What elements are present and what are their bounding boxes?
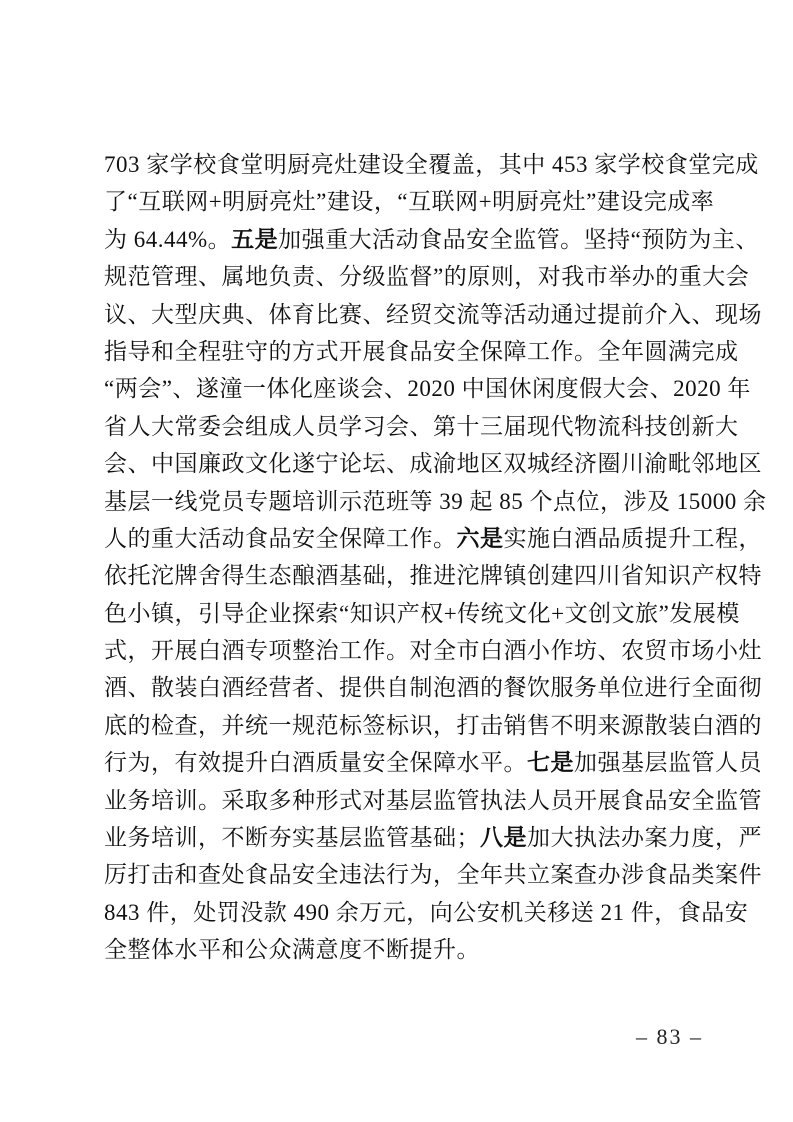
emphasis-run: 七是 — [527, 750, 574, 775]
text-run: 加大执法办案力度，严 — [527, 825, 762, 850]
text-run: 省人大常委会组成人员学习会、第十三届现代物流科技创新大 — [104, 414, 739, 439]
emphasis-run: 八是 — [480, 825, 527, 850]
text-run: 业务培训，不断夯实基层监管基础； — [104, 825, 480, 850]
paragraph-line: 业务培训，不断夯实基层监管基础；八是加大执法办案力度，严 — [104, 819, 703, 856]
paragraph-line: 省人大常委会组成人员学习会、第十三届现代物流科技创新大 — [104, 408, 703, 445]
page-number: – 83 – — [104, 1024, 703, 1050]
text-run: 业务培训。采取多种形式对基层监管执法人员开展食品安全监管 — [104, 788, 762, 813]
paragraph-line: 基层一线党员专题培训示范班等 39 起 85 个点位，涉及 15000 余 — [104, 483, 703, 520]
text-run: 全整体水平和公众满意度不断提升。 — [104, 937, 480, 962]
text-run: 了“互联网+明厨亮灶”建设，“互联网+明厨亮灶”建设完成率 — [104, 189, 714, 214]
paragraph-line: 酒、散装白酒经营者、提供自制泡酒的餐饮服务单位进行全面彻 — [104, 669, 703, 706]
paragraph-line: 议、大型庆典、体育比赛、经贸交流等活动通过提前介入、现场 — [104, 296, 703, 333]
text-run: 酒、散装白酒经营者、提供自制泡酒的餐饮服务单位进行全面彻 — [104, 675, 762, 700]
text-run: 行为，有效提升白酒质量安全保障水平。 — [104, 750, 527, 775]
paragraph-line: 人的重大活动食品安全保障工作。六是实施白酒品质提升工程， — [104, 520, 703, 557]
text-run: 843 件，处罚没款 490 余万元，向公安机关移送 21 件，食品安 — [104, 900, 748, 925]
text-run: 式，开展白酒专项整治工作。对全市白酒小作坊、农贸市场小灶 — [104, 638, 762, 663]
text-run: “两会”、遂潼一体化座谈会、2020 中国休闲度假大会、2020 年 — [104, 376, 751, 401]
paragraph-line: 色小镇，引导企业探索“知识产权+传统文化+文创文旅”发展模 — [104, 595, 703, 632]
paragraph-line: 底的检查，并统一规范标签标识，打击销售不明来源散装白酒的 — [104, 707, 703, 744]
paragraph-line: 为 64.44%。五是加强重大活动食品安全监管。坚持“预防为主、 — [104, 221, 703, 258]
text-run: 依托沱牌舍得生态酿酒基础，推进沱牌镇创建四川省知识产权特 — [104, 563, 762, 588]
paragraph-line: 厉打击和查处食品安全违法行为，全年共立案查办涉食品类案件 — [104, 856, 703, 893]
text-run: 加强基层监管人员 — [574, 750, 762, 775]
emphasis-run: 六是 — [457, 526, 504, 551]
paragraph-line: 指导和全程驻守的方式开展食品安全保障工作。全年圆满完成 — [104, 333, 703, 370]
text-run: 规范管理、属地负责、分级监督”的原则，对我市举办的重大会 — [104, 264, 749, 289]
text-run: 基层一线党员专题培训示范班等 39 起 85 个点位，涉及 15000 余 — [104, 489, 767, 514]
paragraph-line: 业务培训。采取多种形式对基层监管执法人员开展食品安全监管 — [104, 782, 703, 819]
body-text: 703 家学校食堂明厨亮灶建设全覆盖，其中 453 家学校食堂完成了“互联网+明… — [104, 146, 703, 969]
paragraph-line: 行为，有效提升白酒质量安全保障水平。七是加强基层监管人员 — [104, 744, 703, 781]
paragraph-line: 依托沱牌舍得生态酿酒基础，推进沱牌镇创建四川省知识产权特 — [104, 557, 703, 594]
paragraph-line: 式，开展白酒专项整治工作。对全市白酒小作坊、农贸市场小灶 — [104, 632, 703, 669]
paragraph-line: 规范管理、属地负责、分级监督”的原则，对我市举办的重大会 — [104, 258, 703, 295]
paragraph-line: 会、中国廉政文化遂宁论坛、成渝地区双城经济圈川渝毗邻地区 — [104, 445, 703, 482]
paragraph-line: 全整体水平和公众满意度不断提升。 — [104, 931, 703, 968]
text-run: 色小镇，引导企业探索“知识产权+传统文化+文创文旅”发展模 — [104, 601, 740, 626]
paragraph-line: 843 件，处罚没款 490 余万元，向公安机关移送 21 件，食品安 — [104, 894, 703, 931]
text-run: 实施白酒品质提升工程， — [504, 526, 763, 551]
paragraph-line: 703 家学校食堂明厨亮灶建设全覆盖，其中 453 家学校食堂完成 — [104, 146, 703, 183]
text-run: 厉打击和查处食品安全违法行为，全年共立案查办涉食品类案件 — [104, 862, 762, 887]
paragraph-line: “两会”、遂潼一体化座谈会、2020 中国休闲度假大会、2020 年 — [104, 370, 703, 407]
paragraph-line: 了“互联网+明厨亮灶”建设，“互联网+明厨亮灶”建设完成率 — [104, 183, 703, 220]
text-run: 指导和全程驻守的方式开展食品安全保障工作。全年圆满完成 — [104, 339, 739, 364]
text-run: 人的重大活动食品安全保障工作。 — [104, 526, 457, 551]
text-run: 加强重大活动食品安全监管。坚持“预防为主、 — [278, 227, 759, 252]
text-run: 703 家学校食堂明厨亮灶建设全覆盖，其中 453 家学校食堂完成 — [104, 152, 759, 177]
document-page: 703 家学校食堂明厨亮灶建设全覆盖，其中 453 家学校食堂完成了“互联网+明… — [0, 0, 793, 1122]
emphasis-run: 五是 — [231, 227, 278, 252]
text-run: 为 64.44%。 — [104, 227, 231, 252]
text-run: 会、中国廉政文化遂宁论坛、成渝地区双城经济圈川渝毗邻地区 — [104, 451, 762, 476]
text-run: 议、大型庆典、体育比赛、经贸交流等活动通过提前介入、现场 — [104, 302, 762, 327]
text-run: 底的检查，并统一规范标签标识，打击销售不明来源散装白酒的 — [104, 713, 762, 738]
